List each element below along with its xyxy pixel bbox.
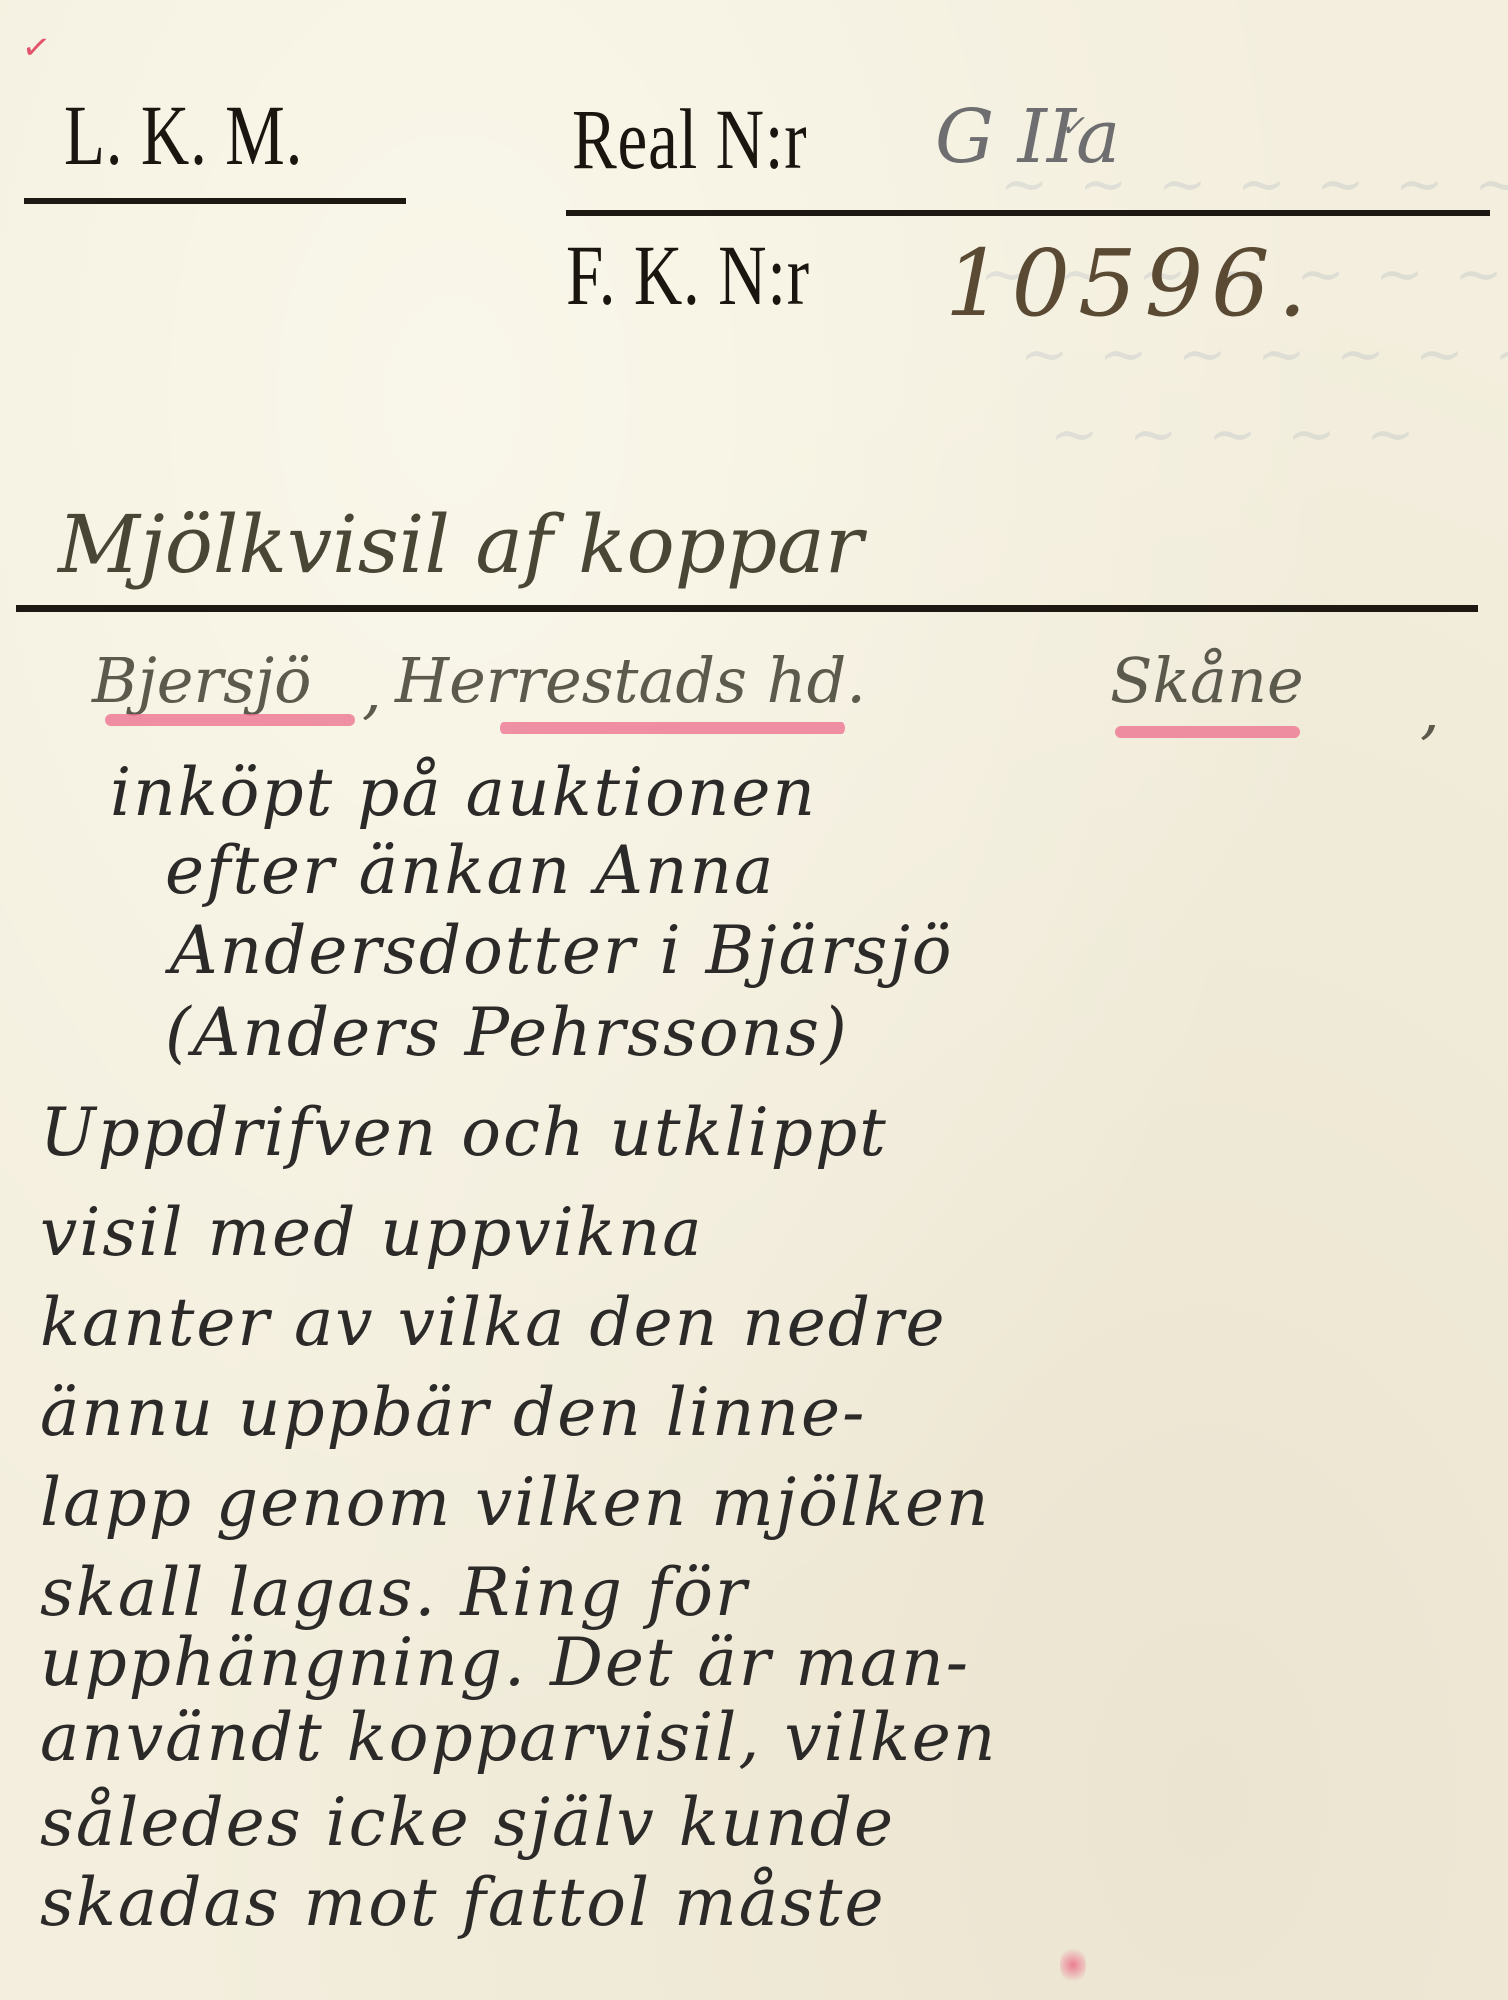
location-separator: , xyxy=(362,660,382,722)
location-separator: , xyxy=(1420,680,1440,742)
provenance-line: inköpt på auktionen xyxy=(110,760,817,826)
description-line: kanter av vilka den nedre xyxy=(40,1290,947,1356)
archive-card: ~ ~ ~ ~ ~ ~ ~ ~ ~ ~ ~ ~ ~ ~ ~ ~ ~ ~ ~ ~ … xyxy=(0,0,1508,2000)
title-rule xyxy=(16,605,1478,612)
location-parish: Bjersjö xyxy=(92,650,311,712)
real-nr-value: G IIa xyxy=(935,100,1120,174)
subject-title: Mjölkvisil af koppar xyxy=(58,505,863,585)
location-province: Skåne xyxy=(1110,650,1304,712)
fk-nr-value: 10596. xyxy=(945,238,1315,330)
pink-underline-province xyxy=(1115,726,1300,738)
description-line: således icke själv kunde xyxy=(40,1790,895,1856)
bleed-through-text: ~ ~ ~ ~ ~ xyxy=(1050,400,1421,468)
provenance-line: Andersdotter i Bjärsjö xyxy=(170,918,954,984)
description-line: användt kopparvisil, vilken xyxy=(40,1705,997,1771)
pink-underline-district xyxy=(500,722,845,734)
pink-underline-parish xyxy=(105,714,355,726)
description-line: ännu uppbär den linne- xyxy=(40,1380,866,1446)
real-nr-label: Real N:r xyxy=(572,96,807,182)
description-line: Uppdrifven och utklippt xyxy=(40,1100,888,1166)
archive-label: L. K. M. xyxy=(64,92,303,178)
provenance-line: (Anders Pehrssons) xyxy=(165,1000,849,1066)
description-line: skall lagas. Ring för xyxy=(40,1560,749,1626)
header-rule-left xyxy=(24,198,406,204)
provenance-line: efter änkan Anna xyxy=(165,838,775,904)
real-nr-check-icon: ✓ xyxy=(1060,112,1085,142)
description-line: lapp genom vilken mjölken xyxy=(40,1470,991,1536)
description-line: skadas mot fattol måste xyxy=(40,1870,886,1936)
description-line: upphängning. Det är man- xyxy=(40,1630,970,1696)
red-check-mark-icon: ✓ xyxy=(19,26,53,70)
header-rule-right xyxy=(566,210,1490,216)
pink-mark xyxy=(1060,1945,1086,1985)
location-district: Herrestads hd. xyxy=(395,650,866,712)
description-line: visil med uppvikna xyxy=(40,1200,704,1266)
fk-nr-label: F. K. N:r xyxy=(566,232,810,318)
